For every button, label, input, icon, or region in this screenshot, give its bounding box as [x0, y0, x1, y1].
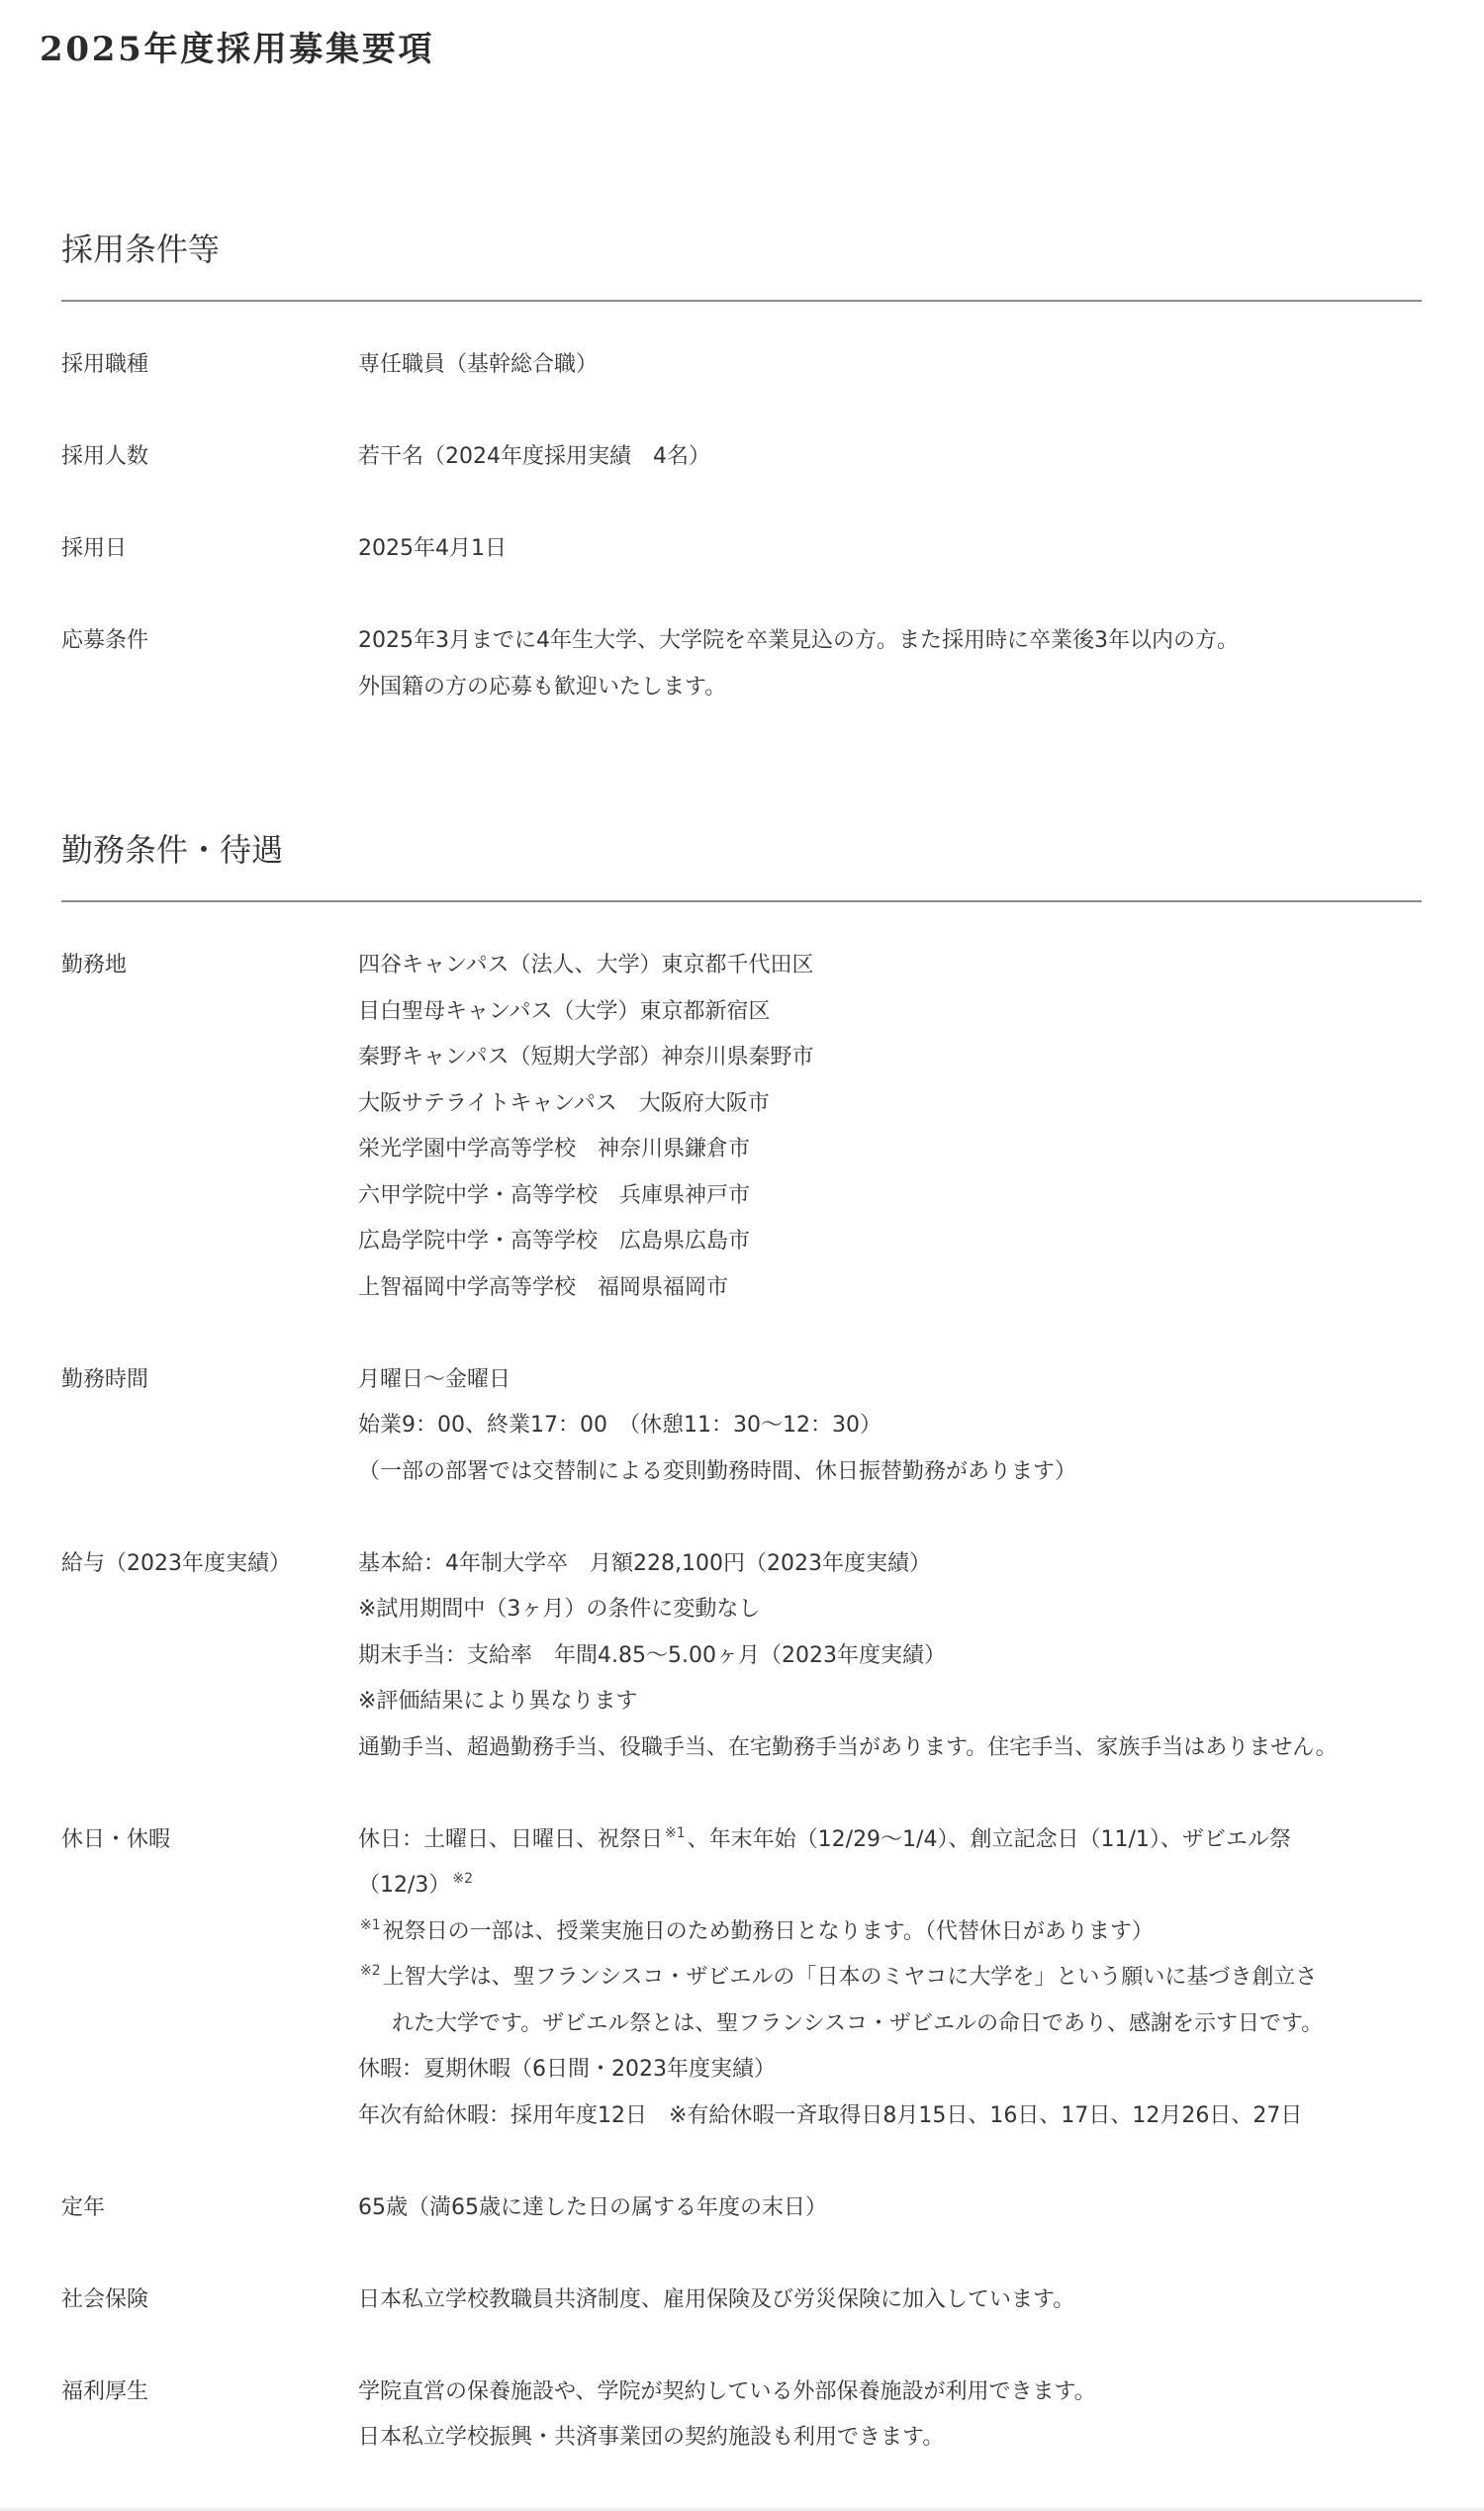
row-label: 定年 — [61, 2185, 358, 2232]
location-line: 広島学院中学・高等学校 広島県広島市 — [358, 1219, 1422, 1265]
row-label: 採用日 — [61, 526, 358, 573]
location-line: 四谷キャンパス（法人、大学）東京都千代田区 — [358, 943, 1422, 989]
row-label: 勤務時間 — [61, 1357, 358, 1496]
row-headcount: 採用人数 若干名（2024年度採用実績 4名） — [61, 434, 1422, 481]
value-line: 2025年4月1日 — [358, 526, 1422, 573]
row-label: 応募条件 — [61, 618, 358, 710]
row-social-insurance: 社会保険 日本私立学校教職員共済制度、雇用保険及び労災保険に加入しています。 — [61, 2278, 1422, 2324]
paid-leave-line: 年次有給休暇：採用年度12日 ※有給休暇一斉取得日8月15日、16日、17日、1… — [358, 2093, 1422, 2140]
footnote-ref-1: ※1 — [665, 1825, 686, 1841]
row-eligibility: 応募条件 2025年3月までに4年生大学、大学院を卒業見込の方。また採用時に卒業… — [61, 618, 1422, 710]
vacation-line: 休暇：夏期休暇（6日間・2023年度実績） — [358, 2047, 1422, 2093]
row-welfare: 福利厚生 学院直営の保養施設や、学院が契約している外部保養施設が利用できます。 … — [61, 2370, 1422, 2462]
value-line: 専任職員（基幹総合職） — [358, 342, 1422, 389]
value-line: （一部の部署では交替制による変則勤務時間、休日振替勤務があります） — [358, 1449, 1422, 1496]
location-line: 六甲学院中学・高等学校 兵庫県神戸市 — [358, 1173, 1422, 1220]
row-value: 日本私立学校教職員共済制度、雇用保険及び労災保険に加入しています。 — [358, 2278, 1422, 2324]
row-label: 勤務地 — [61, 943, 358, 1311]
row-value: 基本給：4年制大学卒 月額228,100円（2023年度実績） ※試用期間中（3… — [358, 1541, 1422, 1772]
section-working-conditions: 勤務条件・待遇 勤務地 四谷キャンパス（法人、大学）東京都千代田区 目白聖母キャ… — [61, 825, 1422, 2462]
row-value: 65歳（満65歳に達した日の属する年度の末日） — [358, 2185, 1422, 2232]
value-line: ※評価結果により異なります — [358, 1679, 1422, 1725]
row-value: 月曜日～金曜日 始業9：00、終業17：00 （休憩11：30～12：30） （… — [358, 1357, 1422, 1496]
value-line: 期末手当：支給率 年間4.85～5.00ヶ月（2023年度実績） — [358, 1633, 1422, 1680]
value-line: 始業9：00、終業17：00 （休憩11：30～12：30） — [358, 1403, 1422, 1449]
footnote-mark-2: ※2 — [360, 1963, 381, 1979]
footnote-2-continued: れた大学です。ザビエル祭とは、聖フランシスコ・ザビエルの命日であり、感謝を示す日… — [358, 2001, 1422, 2048]
footnote-1: ※1祝祭日の一部は、授業実施日のため勤務日となります。（代替休日があります） — [358, 1909, 1422, 1956]
value-line: 月曜日～金曜日 — [358, 1357, 1422, 1404]
value-line: 学院直営の保養施設や、学院が契約している外部保養施設が利用できます。 — [358, 2370, 1422, 2416]
value-line: 日本私立学校振興・共済事業団の契約施設も利用できます。 — [358, 2415, 1422, 2462]
value-line: 65歳（満65歳に達した日の属する年度の末日） — [358, 2185, 1422, 2232]
footnote-text: 祝祭日の一部は、授業実施日のため勤務日となります。（代替休日があります） — [383, 1919, 1154, 1944]
footnote-ref-2: ※2 — [452, 1871, 473, 1887]
location-line: 上智福岡中学高等学校 福岡県福岡市 — [358, 1265, 1422, 1312]
holiday-text: （12/3） — [358, 1873, 450, 1898]
row-value: 2025年3月までに4年生大学、大学院を卒業見込の方。また採用時に卒業後3年以内… — [358, 618, 1422, 710]
row-value: 四谷キャンパス（法人、大学）東京都千代田区 目白聖母キャンパス（大学）東京都新宿… — [358, 943, 1422, 1311]
section-employment-terms: 採用条件等 採用職種 専任職員（基幹総合職） 採用人数 若干名（2024年度採用… — [61, 225, 1422, 710]
location-line: 目白聖母キャンパス（大学）東京都新宿区 — [358, 989, 1422, 1036]
value-line: 日本私立学校教職員共済制度、雇用保険及び労災保険に加入しています。 — [358, 2278, 1422, 2324]
holiday-text: 休日：土曜日、日曜日、祝祭日 — [358, 1827, 663, 1852]
location-line: 秦野キャンパス（短期大学部）神奈川県秦野市 — [358, 1035, 1422, 1081]
row-work-location: 勤務地 四谷キャンパス（法人、大学）東京都千代田区 目白聖母キャンパス（大学）東… — [61, 943, 1422, 1311]
value-line: 外国籍の方の応募も歓迎いたします。 — [358, 665, 1422, 711]
row-job-type: 採用職種 専任職員（基幹総合職） — [61, 342, 1422, 389]
row-value: 学院直営の保養施設や、学院が契約している外部保養施設が利用できます。 日本私立学… — [358, 2370, 1422, 2462]
section-heading: 勤務条件・待遇 — [61, 825, 1422, 902]
value-line: 基本給：4年制大学卒 月額228,100円（2023年度実績） — [358, 1541, 1422, 1588]
row-value: 専任職員（基幹総合職） — [358, 342, 1422, 389]
value-line: 2025年3月までに4年生大学、大学院を卒業見込の方。また採用時に卒業後3年以内… — [358, 618, 1422, 665]
footnote-2: ※2上智大学は、聖フランシスコ・ザビエルの「日本のミヤコに大学を」という願いに基… — [358, 1955, 1422, 2001]
recruitment-content: 採用条件等 採用職種 専任職員（基幹総合職） 採用人数 若干名（2024年度採用… — [61, 225, 1422, 2462]
footnote-text: 上智大学は、聖フランシスコ・ザビエルの「日本のミヤコに大学を」という願いに基づき… — [383, 1965, 1318, 1990]
row-label: 休日・休暇 — [61, 1817, 358, 2140]
section-heading: 採用条件等 — [61, 225, 1422, 302]
terms-table: 採用職種 専任職員（基幹総合職） 採用人数 若干名（2024年度採用実績 4名）… — [61, 342, 1422, 710]
row-label: 福利厚生 — [61, 2370, 358, 2462]
row-label: 採用人数 — [61, 434, 358, 481]
row-label: 採用職種 — [61, 342, 358, 389]
value-line: ※試用期間中（3ヶ月）の条件に変動なし — [358, 1587, 1422, 1633]
footnote-mark-1: ※1 — [360, 1917, 381, 1933]
row-label: 給与（2023年度実績） — [61, 1541, 358, 1772]
location-line: 大阪サテライトキャンパス 大阪府大阪市 — [358, 1081, 1422, 1128]
row-working-hours: 勤務時間 月曜日～金曜日 始業9：00、終業17：00 （休憩11：30～12：… — [61, 1357, 1422, 1496]
row-salary: 給与（2023年度実績） 基本給：4年制大学卒 月額228,100円（2023年… — [61, 1541, 1422, 1772]
row-start-date: 採用日 2025年4月1日 — [61, 526, 1422, 573]
holiday-line: 休日：土曜日、日曜日、祝祭日※1、年末年始（12/29～1/4）、創立記念日（1… — [358, 1817, 1422, 1864]
row-retirement: 定年 65歳（満65歳に達した日の属する年度の末日） — [61, 2185, 1422, 2232]
location-line: 栄光学園中学高等学校 神奈川県鎌倉市 — [358, 1127, 1422, 1173]
value-line: 通勤手当、超過勤務手当、役職手当、在宅勤務手当があります。住宅手当、家族手当はあ… — [358, 1725, 1422, 1772]
holiday-line: （12/3）※2 — [358, 1863, 1422, 1909]
row-label: 社会保険 — [61, 2278, 358, 2324]
row-value: 2025年4月1日 — [358, 526, 1422, 573]
holiday-text: 、年末年始（12/29～1/4）、創立記念日（11/1）、ザビエル祭 — [688, 1827, 1291, 1852]
value-line: 若干名（2024年度採用実績 4名） — [358, 434, 1422, 481]
row-value: 休日：土曜日、日曜日、祝祭日※1、年末年始（12/29～1/4）、創立記念日（1… — [358, 1817, 1422, 2140]
row-value: 若干名（2024年度採用実績 4名） — [358, 434, 1422, 481]
row-holidays: 休日・休暇 休日：土曜日、日曜日、祝祭日※1、年末年始（12/29～1/4）、創… — [61, 1817, 1422, 2140]
conditions-table: 勤務地 四谷キャンパス（法人、大学）東京都千代田区 目白聖母キャンパス（大学）東… — [61, 943, 1422, 2462]
page-title: 2025年度採用募集要項 — [40, 25, 434, 74]
